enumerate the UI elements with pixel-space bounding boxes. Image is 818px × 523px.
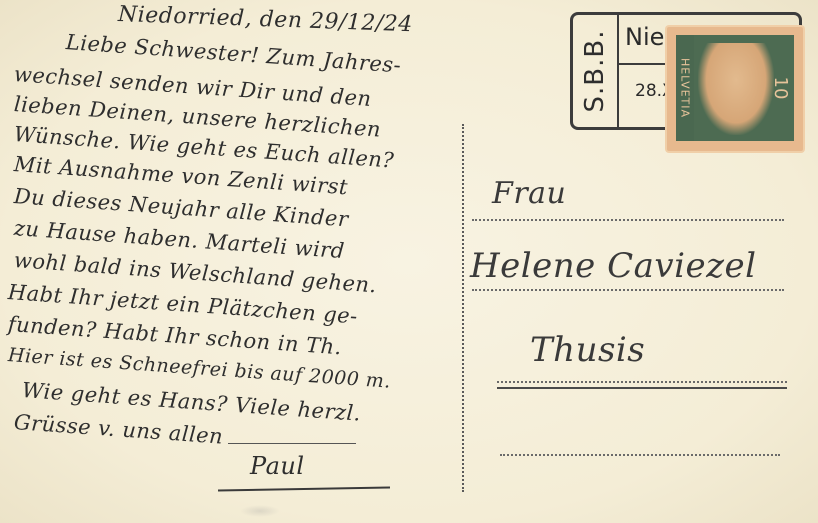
address-line-2 — [472, 289, 784, 291]
address-line-1 — [472, 219, 784, 221]
smudge — [240, 505, 280, 517]
address-town: Thusis — [530, 330, 645, 370]
stamp-country-label: HELVETIA — [679, 58, 692, 118]
stamp-country: HELVETIA — [676, 35, 694, 141]
card-divider — [462, 124, 464, 492]
signature: Paul — [250, 452, 305, 480]
greeting-underline — [228, 443, 356, 444]
address-salutation: Frau — [492, 176, 566, 211]
address-name: Helene Caviezel — [470, 246, 757, 286]
stamp-value: 10 — [770, 77, 791, 100]
address-line-3 — [497, 381, 787, 383]
address-line-4 — [500, 454, 780, 456]
william-tell-icon — [698, 43, 774, 135]
message-line: Grüsse v. uns allen — [13, 410, 224, 449]
postage-stamp: HELVETIA 10 — [667, 27, 803, 151]
address-line-3-rule — [497, 387, 787, 389]
postmark-railway: S.B.B. — [573, 15, 619, 127]
signature-underline — [218, 486, 390, 491]
postmark-railway-label: S.B.B. — [580, 30, 610, 113]
stamp-frame: HELVETIA 10 — [676, 35, 794, 141]
message-heading: Niedorried, den 29/12/24 — [118, 2, 414, 37]
postcard-back: Niedorried, den 29/12/24 Liebe Schwester… — [0, 0, 818, 523]
